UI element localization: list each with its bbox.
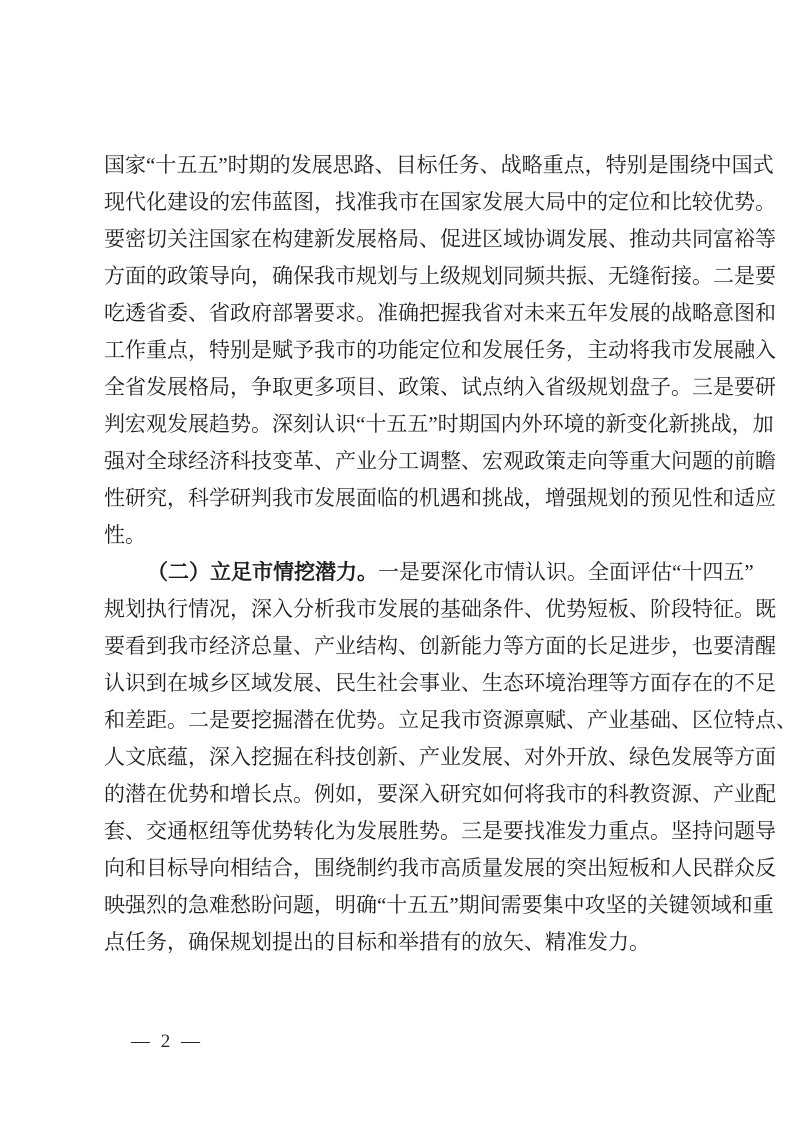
text-line: 点任务，确保规划提出的目标和举措有的放矢、精准发力。 [104,924,701,961]
text-line: 映强烈的急难愁盼问题，明确“十五五”期间需要集中攻坚的关键领域和重 [104,887,701,924]
text-line: 工作重点，特别是赋予我市的功能定位和发展任务，主动将我市发展融入 [104,332,701,369]
section-heading: （二）立足市情挖潜力。 [147,560,378,584]
text-line: 套、交通枢纽等优势转化为发展胜势。三是要找准发力重点。坚持问题导 [104,813,701,850]
body-text: 点任务，确保规划提出的目标和举措有的放矢、精准发力。 [104,930,650,954]
text-line: 性。 [104,517,701,554]
text-line: 国家“十五五”时期的发展思路、目标任务、战略重点，特别是围绕中国式 [104,147,701,184]
text-line: 的潜在优势和增长点。例如，要深入研究如何将我市的科教资源、产业配 [104,776,701,813]
body-text: 方面的政策导向，确保我市规划与上级规划同频共振、无缝衔接。二是要 [104,264,776,288]
text-line: 判宏观发展趋势。深刻认识“十五五”时期国内外环境的新变化新挑战，加 [104,406,701,443]
text-line: 要看到我市经济总量、产业结构、创新能力等方面的长足进步，也要清醒 [104,628,701,665]
text-line: 认识到在城乡区域发展、民生社会事业、生态环境治理等方面存在的不足 [104,665,701,702]
text-line: 向和目标导向相结合，围绕制约我市高质量发展的突出短板和人民群众反 [104,850,701,887]
text-line: 和差距。二是要挖掘潜在优势。立足我市资源禀赋、产业基础、区位特点、 [104,702,701,739]
body-text: 吃透省委、省政府部署要求。准确把握我省对未来五年发展的战略意图和 [104,301,776,325]
body-text: 要密切关注国家在构建新发展格局、促进区域协调发展、推动共同富裕等 [104,227,776,251]
text-line: 要密切关注国家在构建新发展格局、促进区域协调发展、推动共同富裕等 [104,221,701,258]
text-line: 全省发展格局，争取更多项目、政策、试点纳入省级规划盘子。三是要研 [104,369,701,406]
body-text: 国家“十五五”时期的发展思路、目标任务、战略重点，特别是围绕中国式 [104,153,774,177]
document-page: 国家“十五五”时期的发展思路、目标任务、战略重点，特别是围绕中国式现代化建设的宏… [0,0,793,1122]
body-text: 规划执行情况，深入分析我市发展的基础条件、优势短板、阶段特征。既 [104,597,776,621]
text-line: 现代化建设的宏伟蓝图，找准我市在国家发展大局中的定位和比较优势。 [104,184,701,221]
body-text: 性。 [104,523,146,547]
text-line: （二）立足市情挖潜力。一是要深化市情认识。全面评估“十四五” [104,554,701,591]
body-text: 全省发展格局，争取更多项目、政策、试点纳入省级规划盘子。三是要研 [104,375,776,399]
body-text: 认识到在城乡区域发展、民生社会事业、生态环境治理等方面存在的不足 [104,671,776,695]
body-text: 向和目标导向相结合，围绕制约我市高质量发展的突出短板和人民群众反 [104,856,776,880]
body-text: 套、交通枢纽等优势转化为发展胜势。三是要找准发力重点。坚持问题导 [104,819,776,843]
body-text: 性研究，科学研判我市发展面临的机遇和挑战，增强规划的预见性和适应 [104,486,776,510]
text-line: 人文底蕴，深入挖掘在科技创新、产业发展、对外开放、绿色发展等方面 [104,739,701,776]
body-text: 判宏观发展趋势。深刻认识“十五五”时期国内外环境的新变化新挑战，加 [104,412,774,436]
text-line: 吃透省委、省政府部署要求。准确把握我省对未来五年发展的战略意图和 [104,295,701,332]
body-text: 强对全球经济科技变革、产业分工调整、宏观政策走向等重大问题的前瞻 [104,449,776,473]
text-line: 方面的政策导向，确保我市规划与上级规划同频共振、无缝衔接。二是要 [104,258,701,295]
body-text: 的潜在优势和增长点。例如，要深入研究如何将我市的科教资源、产业配 [104,782,776,806]
body-text: 和差距。二是要挖掘潜在优势。立足我市资源禀赋、产业基础、区位特点、 [104,708,793,732]
body-text: 工作重点，特别是赋予我市的功能定位和发展任务，主动将我市发展融入 [104,338,776,362]
text-line: 规划执行情况，深入分析我市发展的基础条件、优势短板、阶段特征。既 [104,591,701,628]
text-line: 强对全球经济科技变革、产业分工调整、宏观政策走向等重大问题的前瞻 [104,443,701,480]
body-text: 映强烈的急难愁盼问题，明确“十五五”期间需要集中攻坚的关键领域和重 [104,893,774,917]
body-text: 一是要深化市情认识。全面评估“十四五” [378,560,754,584]
body-text: 现代化建设的宏伟蓝图，找准我市在国家发展大局中的定位和比较优势。 [104,190,776,214]
body-text: 人文底蕴，深入挖掘在科技创新、产业发展、对外开放、绿色发展等方面 [104,745,776,769]
body-text: 要看到我市经济总量、产业结构、创新能力等方面的长足进步，也要清醒 [104,634,776,658]
page-number: — 2 — [131,1029,203,1055]
text-line: 性研究，科学研判我市发展面临的机遇和挑战，增强规划的预见性和适应 [104,480,701,517]
text-block: 国家“十五五”时期的发展思路、目标任务、战略重点，特别是围绕中国式现代化建设的宏… [104,147,701,961]
